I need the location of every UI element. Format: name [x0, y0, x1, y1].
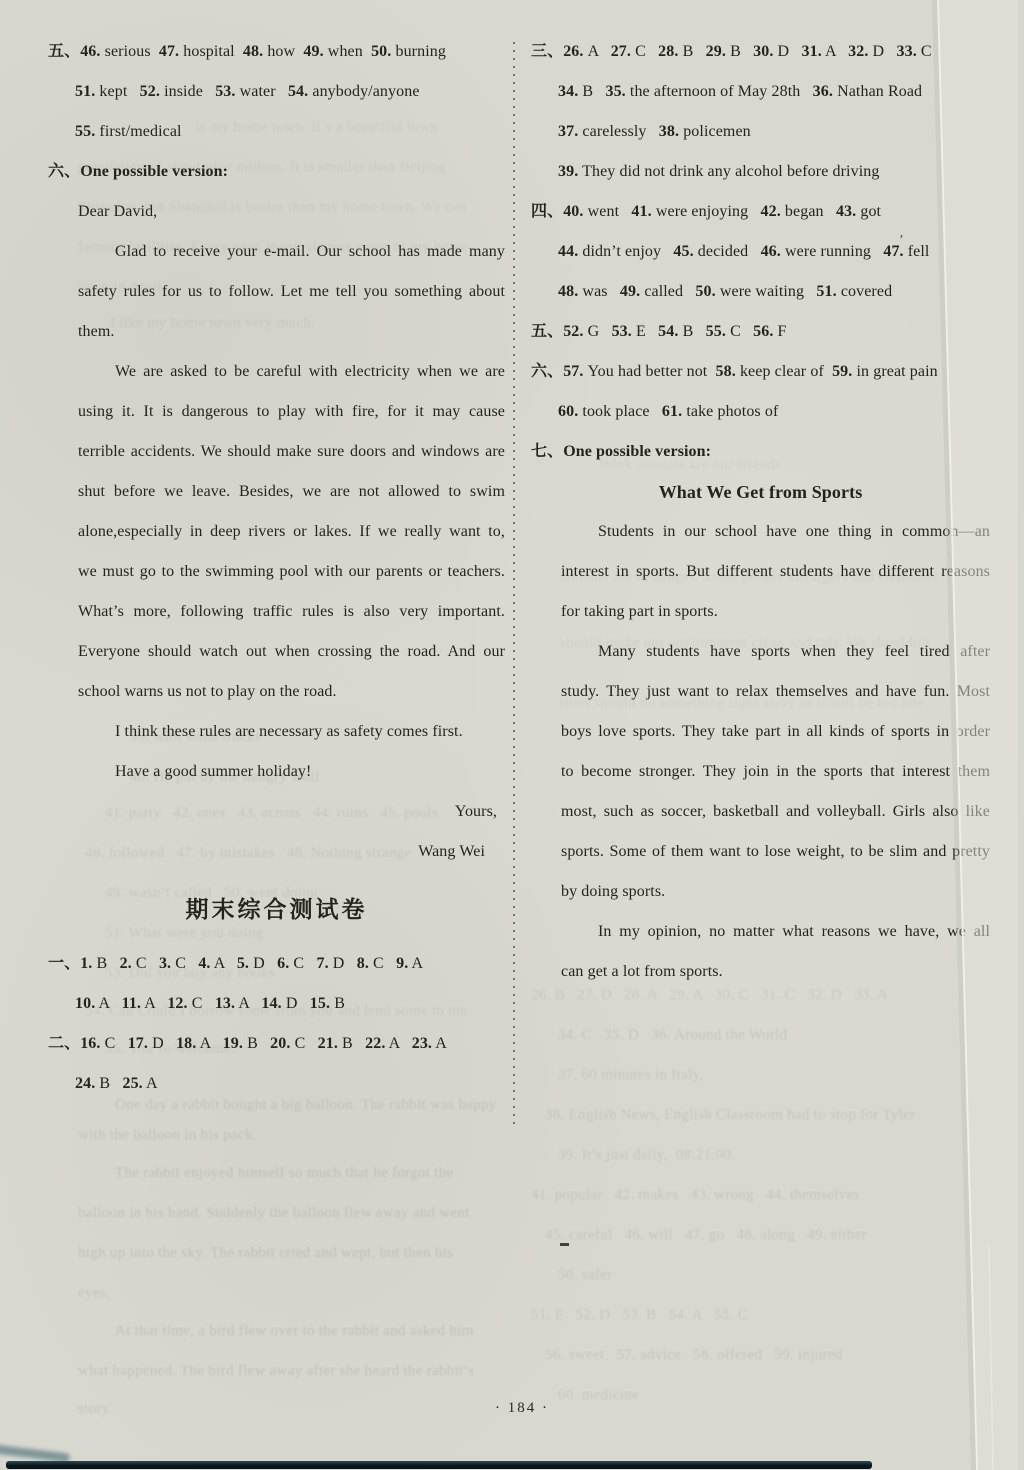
essay-line: for taking part in sports. [531, 592, 990, 632]
bleedthrough-line: 45. careful 46. will 47. go 48. along 49… [545, 1220, 867, 1250]
scan-edge-bar [6, 1461, 872, 1469]
bleedthrough-line: 51. F 52. D 53. B 54. A 55. C [531, 1300, 748, 1330]
signature-line: Yours, [48, 792, 505, 832]
essay-line: boys love sports. They take part in all … [531, 712, 990, 752]
answer-line: 55. first/medical [48, 112, 505, 152]
letter-line: We are asked to be careful with electric… [48, 352, 505, 392]
letter-line: shut before we leave. Besides, we are no… [48, 472, 505, 512]
bleedthrough-line: balloon in his hand. Suddenly the balloo… [78, 1198, 470, 1228]
answer-line: 34. B 35. the afternoon of May 28th 36. … [531, 72, 990, 112]
essay-line: In my opinion, no matter what reasons we… [531, 912, 990, 952]
answer-line: 五、46. serious 47. hospital 48. how 49. w… [48, 32, 505, 72]
letter-line: them. [48, 312, 505, 352]
letter-line: alone,especially in deep rivers or lakes… [48, 512, 505, 552]
letter-line: safety rules for us to follow. Let me te… [48, 272, 505, 312]
letter-line: What’s more, following traffic rules is … [48, 592, 505, 632]
answer-line: 四、40. went 41. were enjoying 42. began 4… [531, 192, 990, 232]
bleedthrough-line: with the balloon in his pack. [78, 1120, 257, 1150]
right-column: 三、26. A 27. C 28. B 29. B 30. D 31. A 32… [531, 32, 990, 992]
answer-line: 24. B 25. A [48, 1064, 505, 1104]
bleedthrough-line: 41. popular 42. makes 43. wrong 44. them… [531, 1180, 859, 1210]
essay-line: can get a lot from sports. [531, 952, 990, 992]
essay-title: What We Get from Sports [531, 472, 990, 512]
answer-line: 60. took place 61. take photos of [531, 392, 990, 432]
letter-line: using it. It is dangerous to play with f… [48, 392, 505, 432]
bleedthrough-line: The rabbit enjoyed himself so much that … [115, 1158, 453, 1188]
section-marker-line: 七、One possible version: [531, 432, 990, 472]
essay-line: Many students have sports when they feel… [531, 632, 990, 672]
bleedthrough-line: 39. It’s just daily, 08:21:00. [558, 1140, 736, 1170]
answer-line: 51. kept 52. inside 53. water 54. anybod… [48, 72, 505, 112]
answer-line: 48. was 49. called 50. were waiting 51. … [531, 272, 990, 312]
answer-line: 五、52. G 53. E 54. B 55. C 56. F [531, 312, 990, 352]
signature-line: Wang Wei [48, 832, 505, 872]
bleedthrough-line: 38. English News, English Classroom had … [545, 1100, 915, 1130]
scanned-answer-page: is my home town. It’s a beautiful townpo… [0, 0, 1024, 1470]
bleedthrough-line: At that time, a bird flew over to the ra… [115, 1316, 474, 1346]
bleedthrough-line: 37. 60 minutes in Italy, [558, 1060, 703, 1090]
essay-line: most, such as soccer, basketball and vol… [531, 792, 990, 832]
answer-line: 39. They did not drink any alcohol befor… [531, 152, 990, 192]
page-number: · 184 · [10, 1400, 1024, 1417]
letter-line: terrible accidents. We should make sure … [48, 432, 505, 472]
section-heading: 期末综合测试卷 [48, 882, 505, 938]
bleedthrough-line: 34. C 35. D 36. Around the World [558, 1020, 787, 1050]
section-marker-line: 六、One possible version: [48, 152, 505, 192]
letter-line: Dear David, [48, 192, 505, 232]
bleedthrough-line: eyes. [78, 1278, 110, 1308]
left-column: 五、46. serious 47. hospital 48. how 49. w… [48, 32, 505, 1104]
essay-line: Students in our school have one thing in… [531, 512, 990, 552]
answer-line: 六、57. You had better not 58. keep clear … [531, 352, 990, 392]
essay-line: by doing sports. [531, 872, 990, 912]
column-divider [513, 42, 515, 1128]
answer-line: 三、26. A 27. C 28. B 29. B 30. D 31. A 32… [531, 32, 990, 72]
bleedthrough-line: high up into the sky. The rabbit cried a… [78, 1238, 453, 1268]
essay-line: study. They just want to relax themselve… [531, 672, 990, 712]
stray-dash-mark [560, 1243, 569, 1246]
answer-line: 10. A 11. A 12. C 13. A 14. D 15. B [48, 984, 505, 1024]
answer-line: 44. didn’t enjoy 45. decided 46. were ru… [531, 232, 990, 272]
answer-line: 一、1. B 2. C 3. C 4. A 5. D 6. C 7. D 8. … [48, 944, 505, 984]
answer-line: 37. carelessly 38. policemen [531, 112, 990, 152]
essay-line: sports. Some of them want to lose weight… [531, 832, 990, 872]
scan-edge-streak [0, 1444, 70, 1462]
letter-line: Everyone should watch out when crossing … [48, 632, 505, 672]
stray-apostrophe-mark: ’ [899, 236, 904, 246]
letter-line: I think these rules are necessary as saf… [48, 712, 505, 752]
answer-line: 二、16. C 17. D 18. A 19. B 20. C 21. B 22… [48, 1024, 505, 1064]
bleedthrough-line: 50. safer [558, 1260, 612, 1290]
bleedthrough-line: 56. sweet 57. advice 58. offered 59. inj… [545, 1340, 843, 1370]
essay-line: to become stronger. They join in the spo… [531, 752, 990, 792]
letter-line: Glad to receive your e-mail. Our school … [48, 232, 505, 272]
letter-line: school warns us not to play on the road. [48, 672, 505, 712]
letter-line: we must go to the swimming pool with our… [48, 552, 505, 592]
letter-line: Have a good summer holiday! [48, 752, 505, 792]
essay-line: interest in sports. But different studen… [531, 552, 990, 592]
bleedthrough-line: what happened. The bird flew away after … [78, 1356, 474, 1386]
